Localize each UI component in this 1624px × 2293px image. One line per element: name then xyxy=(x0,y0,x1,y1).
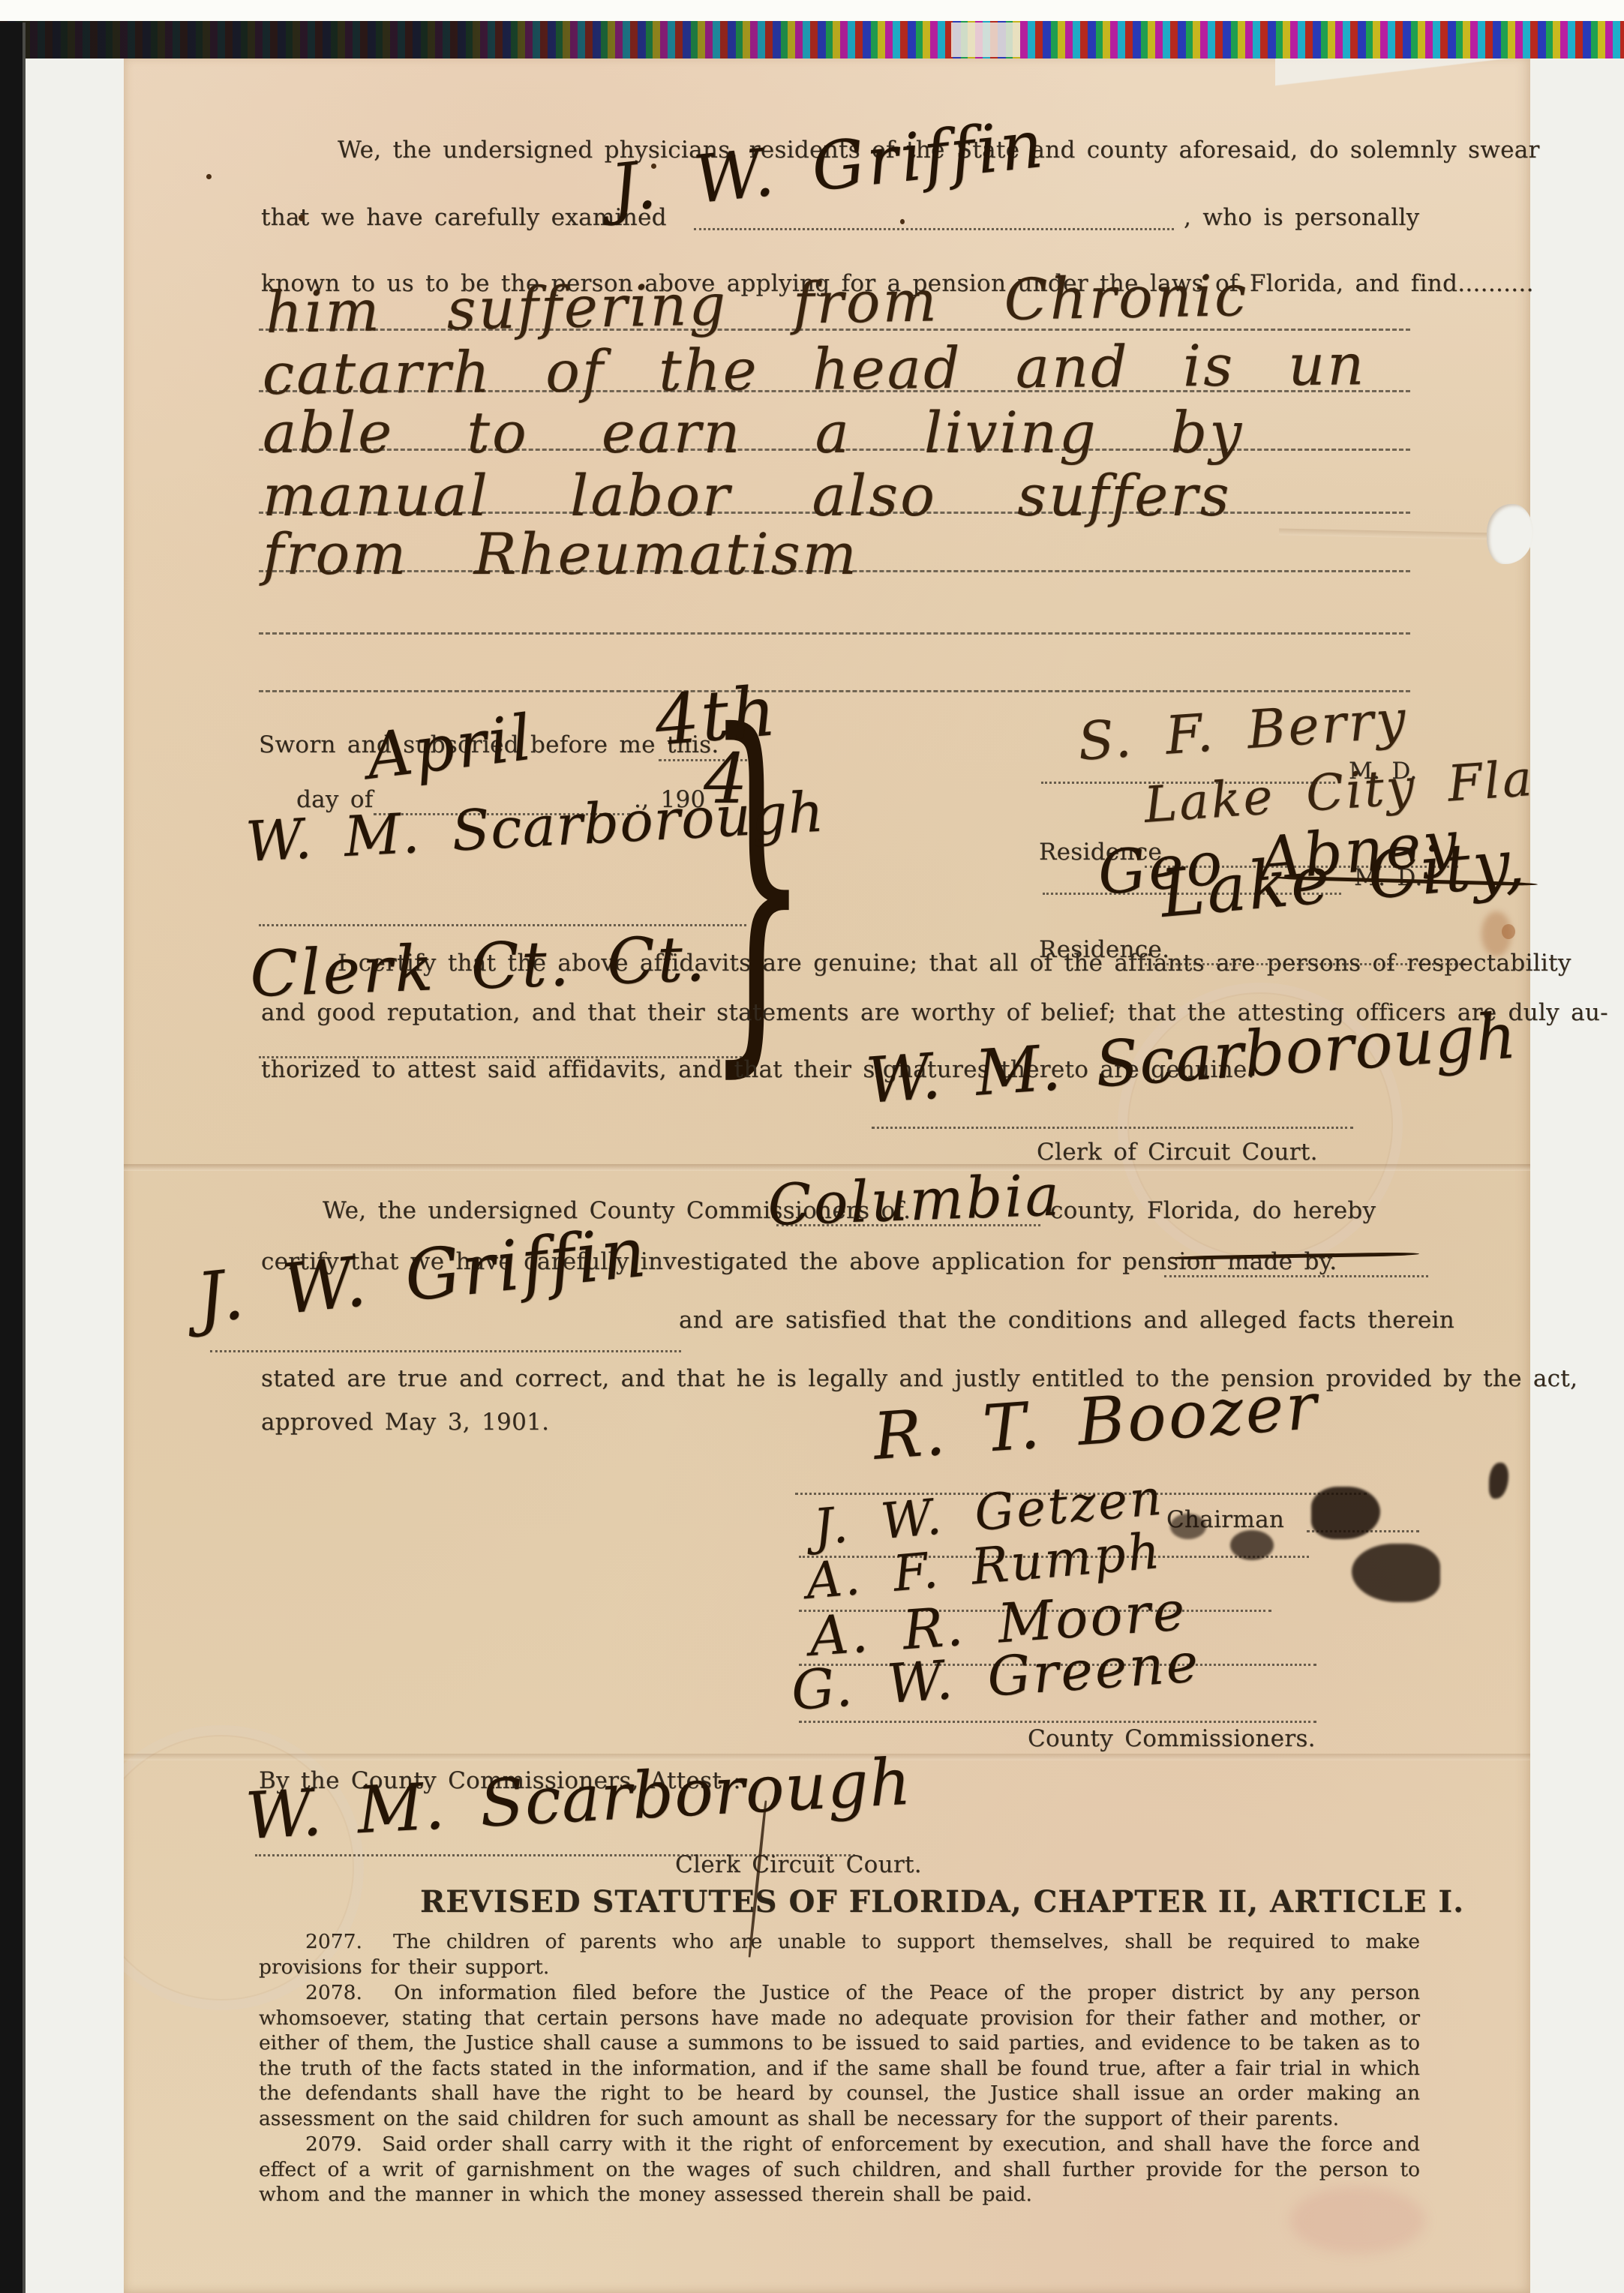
findings-handwritten-line: from Rheumatism xyxy=(263,521,859,587)
statute-number: 2077. xyxy=(305,1930,362,1953)
statute-text: On information filed before the Justice … xyxy=(259,1981,1420,2130)
scanner-rainbow-artifact xyxy=(0,21,1624,59)
scanner-edge-strip-highlight xyxy=(23,23,26,2293)
rust-spot xyxy=(1502,924,1515,939)
statute-number: 2079. xyxy=(305,2132,362,2156)
clerk-circuit-court-label: Clerk Circuit Court. xyxy=(675,1851,922,1878)
scanned-pension-document: We, the undersigned physicians, resident… xyxy=(0,0,1624,2293)
ink-speck xyxy=(299,215,305,221)
statute-text: The children of parents who are unable t… xyxy=(259,1930,1420,1979)
scanner-artifact-gap xyxy=(951,23,1020,57)
statute-2079: 2079. Said order shall carry with it the… xyxy=(259,2132,1420,2207)
ink-speck xyxy=(651,164,656,169)
findings-handwritten-line: manual labor also suffers xyxy=(263,462,1232,529)
ruled-line xyxy=(259,1032,746,1058)
statute-2077: 2077. The children of parents who are un… xyxy=(259,1929,1420,1979)
findings-handwritten-line: able to earn a living by xyxy=(263,399,1244,466)
commissioners-line-5: approved May 3, 1901. xyxy=(261,1409,549,1436)
statute-2078: 2078. On information filed before the Ju… xyxy=(259,1980,1420,2131)
statute-text: Said order shall carry with it the right… xyxy=(259,2132,1420,2206)
ink-speck xyxy=(206,174,212,179)
statutes-heading: REVISED STATUTES OF FLORIDA, CHAPTER II,… xyxy=(420,1884,1464,1919)
affidavit-line-2-prefix: that we have carefully examined xyxy=(261,204,667,231)
commissioners-line-4: stated are true and correct, and that he… xyxy=(261,1365,1577,1392)
statute-number: 2078. xyxy=(305,1981,362,2004)
clerk-of-circuit-court-label: Clerk of Circuit Court. xyxy=(1037,1139,1318,1166)
county-commissioners-label: County Commissioners. xyxy=(1028,1725,1316,1752)
ink-blotch xyxy=(1230,1530,1274,1560)
ruled-line xyxy=(259,666,1410,692)
ruled-line xyxy=(259,608,1410,635)
commissioners-line-3: and are satisfied that the conditions an… xyxy=(679,1307,1454,1334)
scanner-margin-top xyxy=(0,0,1624,21)
paper-top-edge xyxy=(1275,56,1532,86)
ink-blotch xyxy=(1170,1514,1206,1539)
affidavit-line-2-suffix: , who is personally xyxy=(1184,204,1419,231)
findings-handwritten-line: catarrh of the head and is un xyxy=(262,331,1366,407)
ink-speck xyxy=(900,219,905,224)
county-handwritten: Columbia xyxy=(767,1161,1062,1238)
commissioners-line-1-suffix: county, Florida, do hereby xyxy=(1050,1197,1376,1224)
ink-blotch xyxy=(1352,1544,1440,1602)
scanner-edge-strip xyxy=(0,23,23,2293)
